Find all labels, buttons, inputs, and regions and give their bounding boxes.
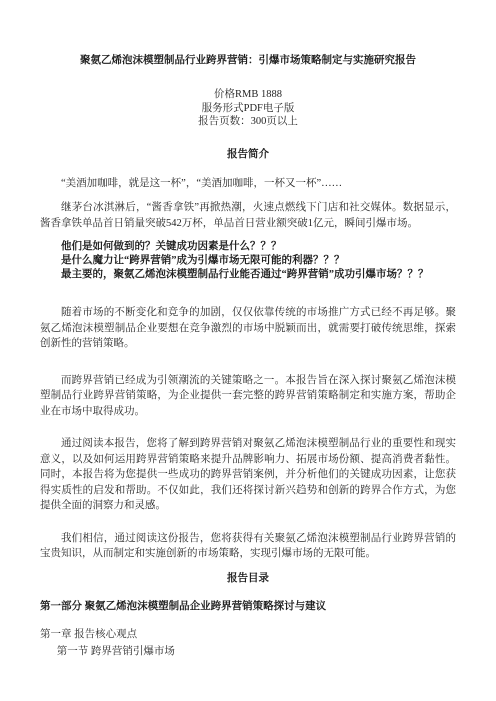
toc-part-1: 第一部分 聚氨乙烯泡沫模塑制品企业跨界营销策略探讨与建议 xyxy=(40,600,456,614)
report-meta: 价格RMB 1888 服务形式PDF电子版 报告页数：300页以上 xyxy=(40,88,456,129)
question-line: 最主要的，聚氨乙烯泡沫模塑制品行业能否通过“跨界营销”成功引爆市场？？？ xyxy=(61,268,456,282)
price-line: 价格RMB 1888 xyxy=(40,88,456,102)
page-count-line: 报告页数：300页以上 xyxy=(40,115,456,129)
intro-news-paragraph: 继茅台冰淇淋后，“酱香拿铁”再掀热潮，火速点燃线下门店和社交媒体。数据显示，酱香… xyxy=(40,200,456,231)
question-line: 他们是如何做到的？关键成功因素是什么？？？ xyxy=(61,240,456,254)
body-paragraph: 而跨界营销已经成为引领潮流的关键策略之一。本报告旨在深入探讨聚氨乙烯泡沫模塑制品… xyxy=(40,373,456,420)
question-line: 是什么魔力让“跨界营销”成为引爆市场无限可能的利器？？？ xyxy=(61,254,456,268)
key-questions-block: 他们是如何做到的？关键成功因素是什么？？？ 是什么魔力让“跨界营销”成为引爆市场… xyxy=(40,240,456,281)
toc-chapter-1: 第一章 报告核心观点 xyxy=(40,628,456,642)
body-paragraph: 通过阅读本报告，您将了解到跨界营销对聚氨乙烯泡沫模塑制品行业的重要性和现实意义，… xyxy=(40,436,456,514)
report-title: 聚氨乙烯泡沫模塑制品行业跨界营销：引爆市场策略制定与实施研究报告 xyxy=(40,54,456,68)
report-page: 聚氨乙烯泡沫模塑制品行业跨界营销：引爆市场策略制定与实施研究报告 价格RMB 1… xyxy=(0,0,496,701)
intro-section-heading: 报告简介 xyxy=(40,146,456,161)
toc-section-1: 第一节 跨界营销引爆市场 xyxy=(57,645,456,659)
body-paragraph: 随着市场的不断变化和竞争的加剧，仅仅依靠传统的市场推广方式已经不再足够。聚氨乙烯… xyxy=(40,305,456,352)
format-line: 服务形式PDF电子版 xyxy=(40,102,456,116)
toc-section-heading: 报告目录 xyxy=(40,570,456,585)
body-paragraph: 我们相信，通过阅读这份报告，您将获得有关聚氨乙烯泡沫模塑制品行业跨界营销的宝贵知… xyxy=(40,531,456,562)
intro-quote-paragraph: “美酒加咖啡，就是这一杯”，“美酒加咖啡，一杯又一杯”…… xyxy=(40,176,456,192)
